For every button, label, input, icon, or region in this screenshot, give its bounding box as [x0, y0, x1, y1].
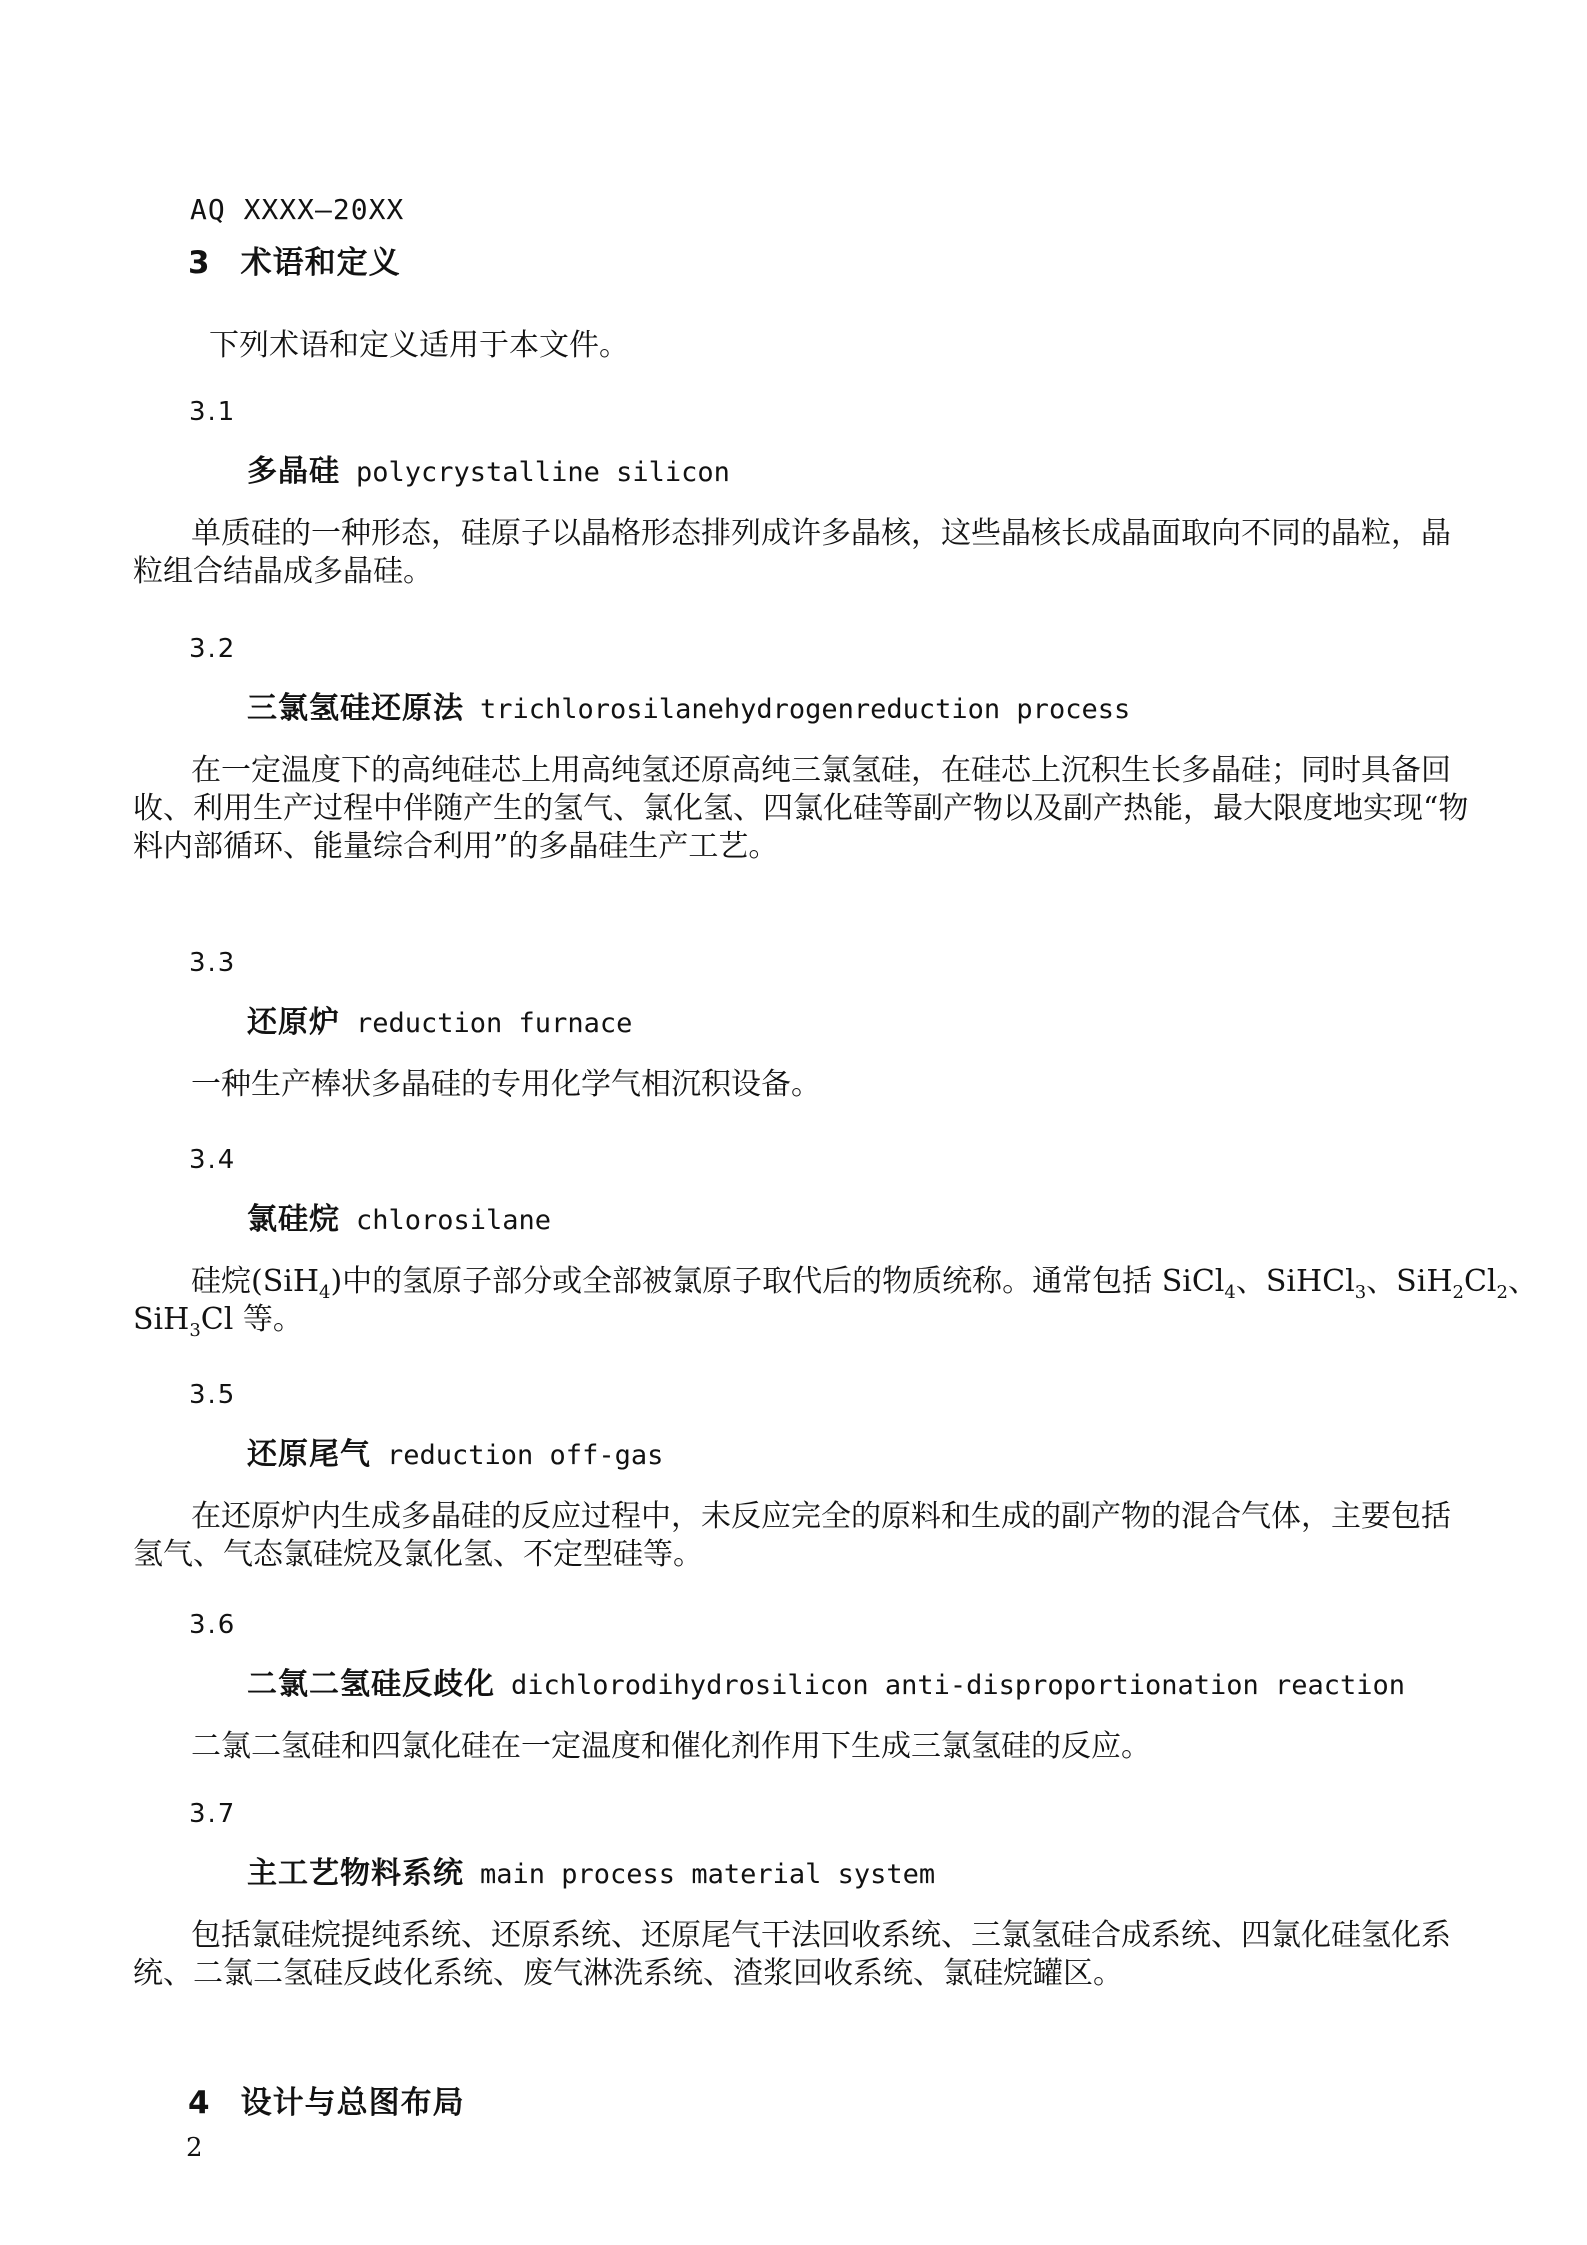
definition-line: 硅烷(SiH4)中的氢原子部分或全部被氯原子取代后的物质统称。通常包括 SiCl…: [133, 1263, 1477, 1301]
term-block-3-3: 3.3 还原炉reduction furnace 一种生产棒状多晶硅的专用化学气…: [133, 946, 1477, 1104]
clause-number: 3.7: [189, 1797, 1477, 1831]
page-content: AQ XXXX—20XX 3术语和定义 下列术语和定义适用于本文件。 3.1 多…: [0, 195, 1587, 2165]
definition-line: 在一定温度下的高纯硅芯上用高纯氢还原高纯三氯氢硅，在硅芯上沉积生长多晶硅；同时具…: [133, 752, 1477, 790]
term-line: 二氯二氢硅反歧化dichlorodihydrosilicon anti-disp…: [247, 1666, 1477, 1708]
term-definition: 单质硅的一种形态，硅原子以晶格形态排列成许多晶核，这些晶核长成晶面取向不同的晶粒…: [133, 515, 1477, 591]
term-chinese: 多晶硅: [247, 454, 340, 489]
term-line: 氯硅烷chlorosilane: [247, 1201, 1477, 1243]
definition-line: 单质硅的一种形态，硅原子以晶格形态排列成许多晶核，这些晶核长成晶面取向不同的晶粒…: [133, 515, 1477, 553]
term-definition: 二氯二氢硅和四氯化硅在一定温度和催化剂作用下生成三氯氢硅的反应。: [133, 1728, 1477, 1766]
term-block-3-4: 3.4 氯硅烷chlorosilane 硅烷(SiH4)中的氢原子部分或全部被氯…: [133, 1143, 1477, 1339]
term-definition: 在一定温度下的高纯硅芯上用高纯氢还原高纯三氯氢硅，在硅芯上沉积生长多晶硅；同时具…: [133, 752, 1477, 866]
term-english: polycrystalline silicon: [356, 457, 730, 488]
section-3-title: 术语和定义: [241, 245, 401, 281]
clause-number: 3.6: [189, 1608, 1477, 1642]
term-english: reduction off-gas: [387, 1440, 663, 1471]
term-line: 三氯氢硅还原法trichlorosilanehydrogenreduction …: [247, 690, 1477, 732]
term-definition: 包括氯硅烷提纯系统、还原系统、还原尾气干法回收系统、三氯氢硅合成系统、四氯化硅氢…: [133, 1917, 1477, 1993]
term-definition: 在还原炉内生成多晶硅的反应过程中，未反应完全的原料和生成的副产物的混合气体，主要…: [133, 1498, 1477, 1574]
clause-number: 3.1: [189, 395, 1477, 429]
term-line: 主工艺物料系统main process material system: [247, 1855, 1477, 1897]
clause-number: 3.2: [189, 632, 1477, 666]
term-definition: 一种生产棒状多晶硅的专用化学气相沉积设备。: [133, 1066, 1477, 1104]
term-definition: 硅烷(SiH4)中的氢原子部分或全部被氯原子取代后的物质统称。通常包括 SiCl…: [133, 1263, 1477, 1339]
term-block-3-7: 3.7 主工艺物料系统main process material system …: [133, 1797, 1477, 1993]
term-line: 还原尾气reduction off-gas: [247, 1436, 1477, 1478]
terms-intro-paragraph: 下列术语和定义适用于本文件。: [133, 327, 1477, 365]
term-chinese: 还原尾气: [247, 1437, 371, 1472]
term-chinese: 主工艺物料系统: [247, 1856, 464, 1891]
definition-line: 二氯二氢硅和四氯化硅在一定温度和催化剂作用下生成三氯氢硅的反应。: [133, 1728, 1477, 1766]
definition-line: 统、二氯二氢硅反歧化系统、废气淋洗系统、渣浆回收系统、氯硅烷罐区。: [133, 1955, 1477, 1993]
definition-line: SiH3Cl 等。: [133, 1301, 1477, 1339]
section-4-number: 4: [188, 2085, 211, 2121]
term-english: reduction furnace: [356, 1008, 632, 1039]
definition-line: 一种生产棒状多晶硅的专用化学气相沉积设备。: [133, 1066, 1477, 1104]
term-chinese: 二氯二氢硅反歧化: [247, 1667, 495, 1702]
term-chinese: 三氯氢硅还原法: [247, 691, 464, 726]
term-english: main process material system: [480, 1859, 935, 1890]
term-english: dichlorodihydrosilicon anti-disproportio…: [511, 1670, 1405, 1701]
document-page: AQ XXXX—20XX 3术语和定义 下列术语和定义适用于本文件。 3.1 多…: [0, 0, 1587, 2245]
clause-number: 3.3: [189, 946, 1477, 980]
section-4-heading: 4设计与总图布局: [188, 2085, 1477, 2121]
section-3-number: 3: [188, 245, 211, 281]
page-number: 2: [186, 2131, 1477, 2165]
term-line: 还原炉reduction furnace: [247, 1004, 1477, 1046]
definition-line: 在还原炉内生成多晶硅的反应过程中，未反应完全的原料和生成的副产物的混合气体，主要…: [133, 1498, 1477, 1536]
standard-number-header: AQ XXXX—20XX: [190, 195, 1477, 225]
term-block-3-5: 3.5 还原尾气reduction off-gas 在还原炉内生成多晶硅的反应过…: [133, 1378, 1477, 1574]
clause-number: 3.5: [189, 1378, 1477, 1412]
definition-line: 氢气、气态氯硅烷及氯化氢、不定型硅等。: [133, 1536, 1477, 1574]
term-block-3-1: 3.1 多晶硅polycrystalline silicon 单质硅的一种形态，…: [133, 395, 1477, 591]
term-english: chlorosilane: [356, 1205, 551, 1236]
term-english: trichlorosilanehydrogenreduction process: [480, 694, 1130, 725]
section-3-heading: 3术语和定义: [188, 245, 1477, 281]
term-block-3-2: 3.2 三氯氢硅还原法trichlorosilanehydrogenreduct…: [133, 632, 1477, 866]
definition-line: 粒组合结晶成多晶硅。: [133, 553, 1477, 591]
term-block-3-6: 3.6 二氯二氢硅反歧化dichlorodihydrosilicon anti-…: [133, 1608, 1477, 1766]
definition-line: 包括氯硅烷提纯系统、还原系统、还原尾气干法回收系统、三氯氢硅合成系统、四氯化硅氢…: [133, 1917, 1477, 1955]
definition-line: 收、利用生产过程中伴随产生的氢气、氯化氢、四氯化硅等副产物以及副产热能，最大限度…: [133, 790, 1477, 828]
definition-line: 料内部循环、能量综合利用”的多晶硅生产工艺。: [133, 828, 1477, 866]
term-chinese: 氯硅烷: [247, 1202, 340, 1237]
section-4-title: 设计与总图布局: [241, 2085, 465, 2121]
term-line: 多晶硅polycrystalline silicon: [247, 453, 1477, 495]
term-chinese: 还原炉: [247, 1005, 340, 1040]
clause-number: 3.4: [189, 1143, 1477, 1177]
